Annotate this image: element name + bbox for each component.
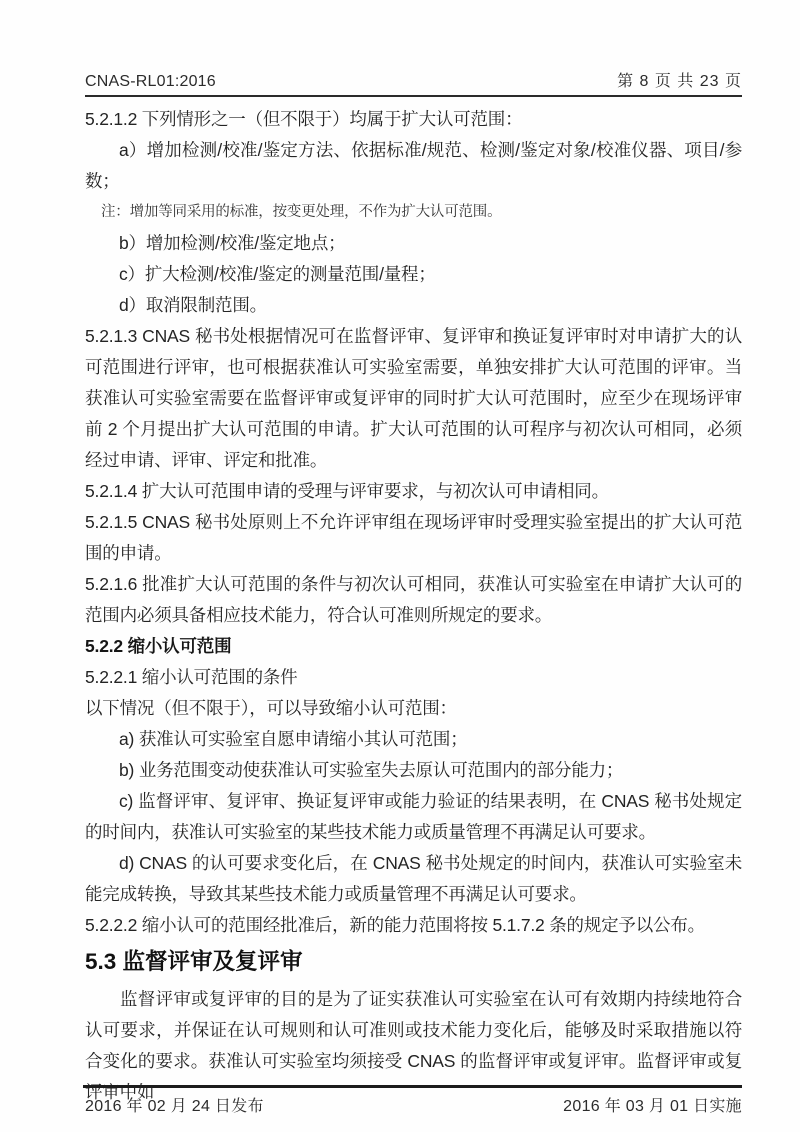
- list-item: c) 监督评审、复评审、换证复评审或能力验证的结果表明，在 CNAS 秘书处规定…: [85, 786, 742, 848]
- footer-rule: [83, 1085, 742, 1088]
- paragraph: 5.2.2.1 缩小认可范围的条件: [85, 662, 742, 693]
- document-page: CNAS-RL01:2016 第 8 页 共 23 页 5.2.1.2 下列情形…: [0, 0, 800, 1132]
- paragraph: 5.2.1.4 扩大认可范围申请的受理与评审要求，与初次认可申请相同。: [85, 476, 742, 507]
- paragraph: 以下情况（但不限于），可以导致缩小认可范围：: [85, 693, 742, 724]
- list-item: d) CNAS 的认可要求变化后，在 CNAS 秘书处规定的时间内，获准认可实验…: [85, 848, 742, 910]
- subsection-heading: 5.2.2 缩小认可范围: [85, 631, 742, 662]
- document-code: CNAS-RL01:2016: [85, 73, 216, 91]
- list-item: b）增加检测/校准/鉴定地点；: [85, 228, 742, 259]
- paragraph: 监督评审或复评审的目的是为了证实获准认可实验室在认可有效期内持续地符合认可要求，…: [85, 984, 742, 1108]
- list-item: b) 业务范围变动使获准认可实验室失去原认可范围内的部分能力；: [85, 755, 742, 786]
- paragraph: 5.2.1.6 批准扩大认可范围的条件与初次认可相同，获准认可实验室在申请扩大认…: [85, 569, 742, 631]
- issue-date: 2016 年 02 月 24 日发布: [85, 1093, 264, 1116]
- section-heading: 5.3 监督评审及复评审: [85, 942, 742, 982]
- paragraph: 5.2.1.2 下列情形之一（但不限于）均属于扩大认可范围：: [85, 104, 742, 135]
- note: 注：增加等同采用的标准，按变更处理，不作为扩大认可范围。: [85, 197, 742, 228]
- list-item: c）扩大检测/校准/鉴定的测量范围/量程；: [85, 259, 742, 290]
- list-item: d）取消限制范围。: [85, 290, 742, 321]
- page-footer: 2016 年 02 月 24 日发布 2016 年 03 月 01 日实施: [85, 1093, 742, 1116]
- paragraph: 5.2.1.3 CNAS 秘书处根据情况可在监督评审、复评审和换证复评审时对申请…: [85, 321, 742, 476]
- page-number-indicator: 第 8 页 共 23 页: [617, 68, 742, 91]
- list-item: a) 获准认可实验室自愿申请缩小其认可范围；: [85, 724, 742, 755]
- list-item: a）增加检测/校准/鉴定方法、依据标准/规范、检测/鉴定对象/校准仪器、项目/参…: [85, 135, 742, 197]
- implementation-date: 2016 年 03 月 01 日实施: [563, 1093, 742, 1116]
- document-body: 5.2.1.2 下列情形之一（但不限于）均属于扩大认可范围：a）增加检测/校准/…: [85, 104, 742, 1108]
- paragraph: 5.2.1.5 CNAS 秘书处原则上不允许评审组在现场评审时受理实验室提出的扩…: [85, 507, 742, 569]
- paragraph: 5.2.2.2 缩小认可的范围经批准后，新的能力范围将按 5.1.7.2 条的规…: [85, 910, 742, 941]
- page-header: CNAS-RL01:2016 第 8 页 共 23 页: [85, 68, 742, 97]
